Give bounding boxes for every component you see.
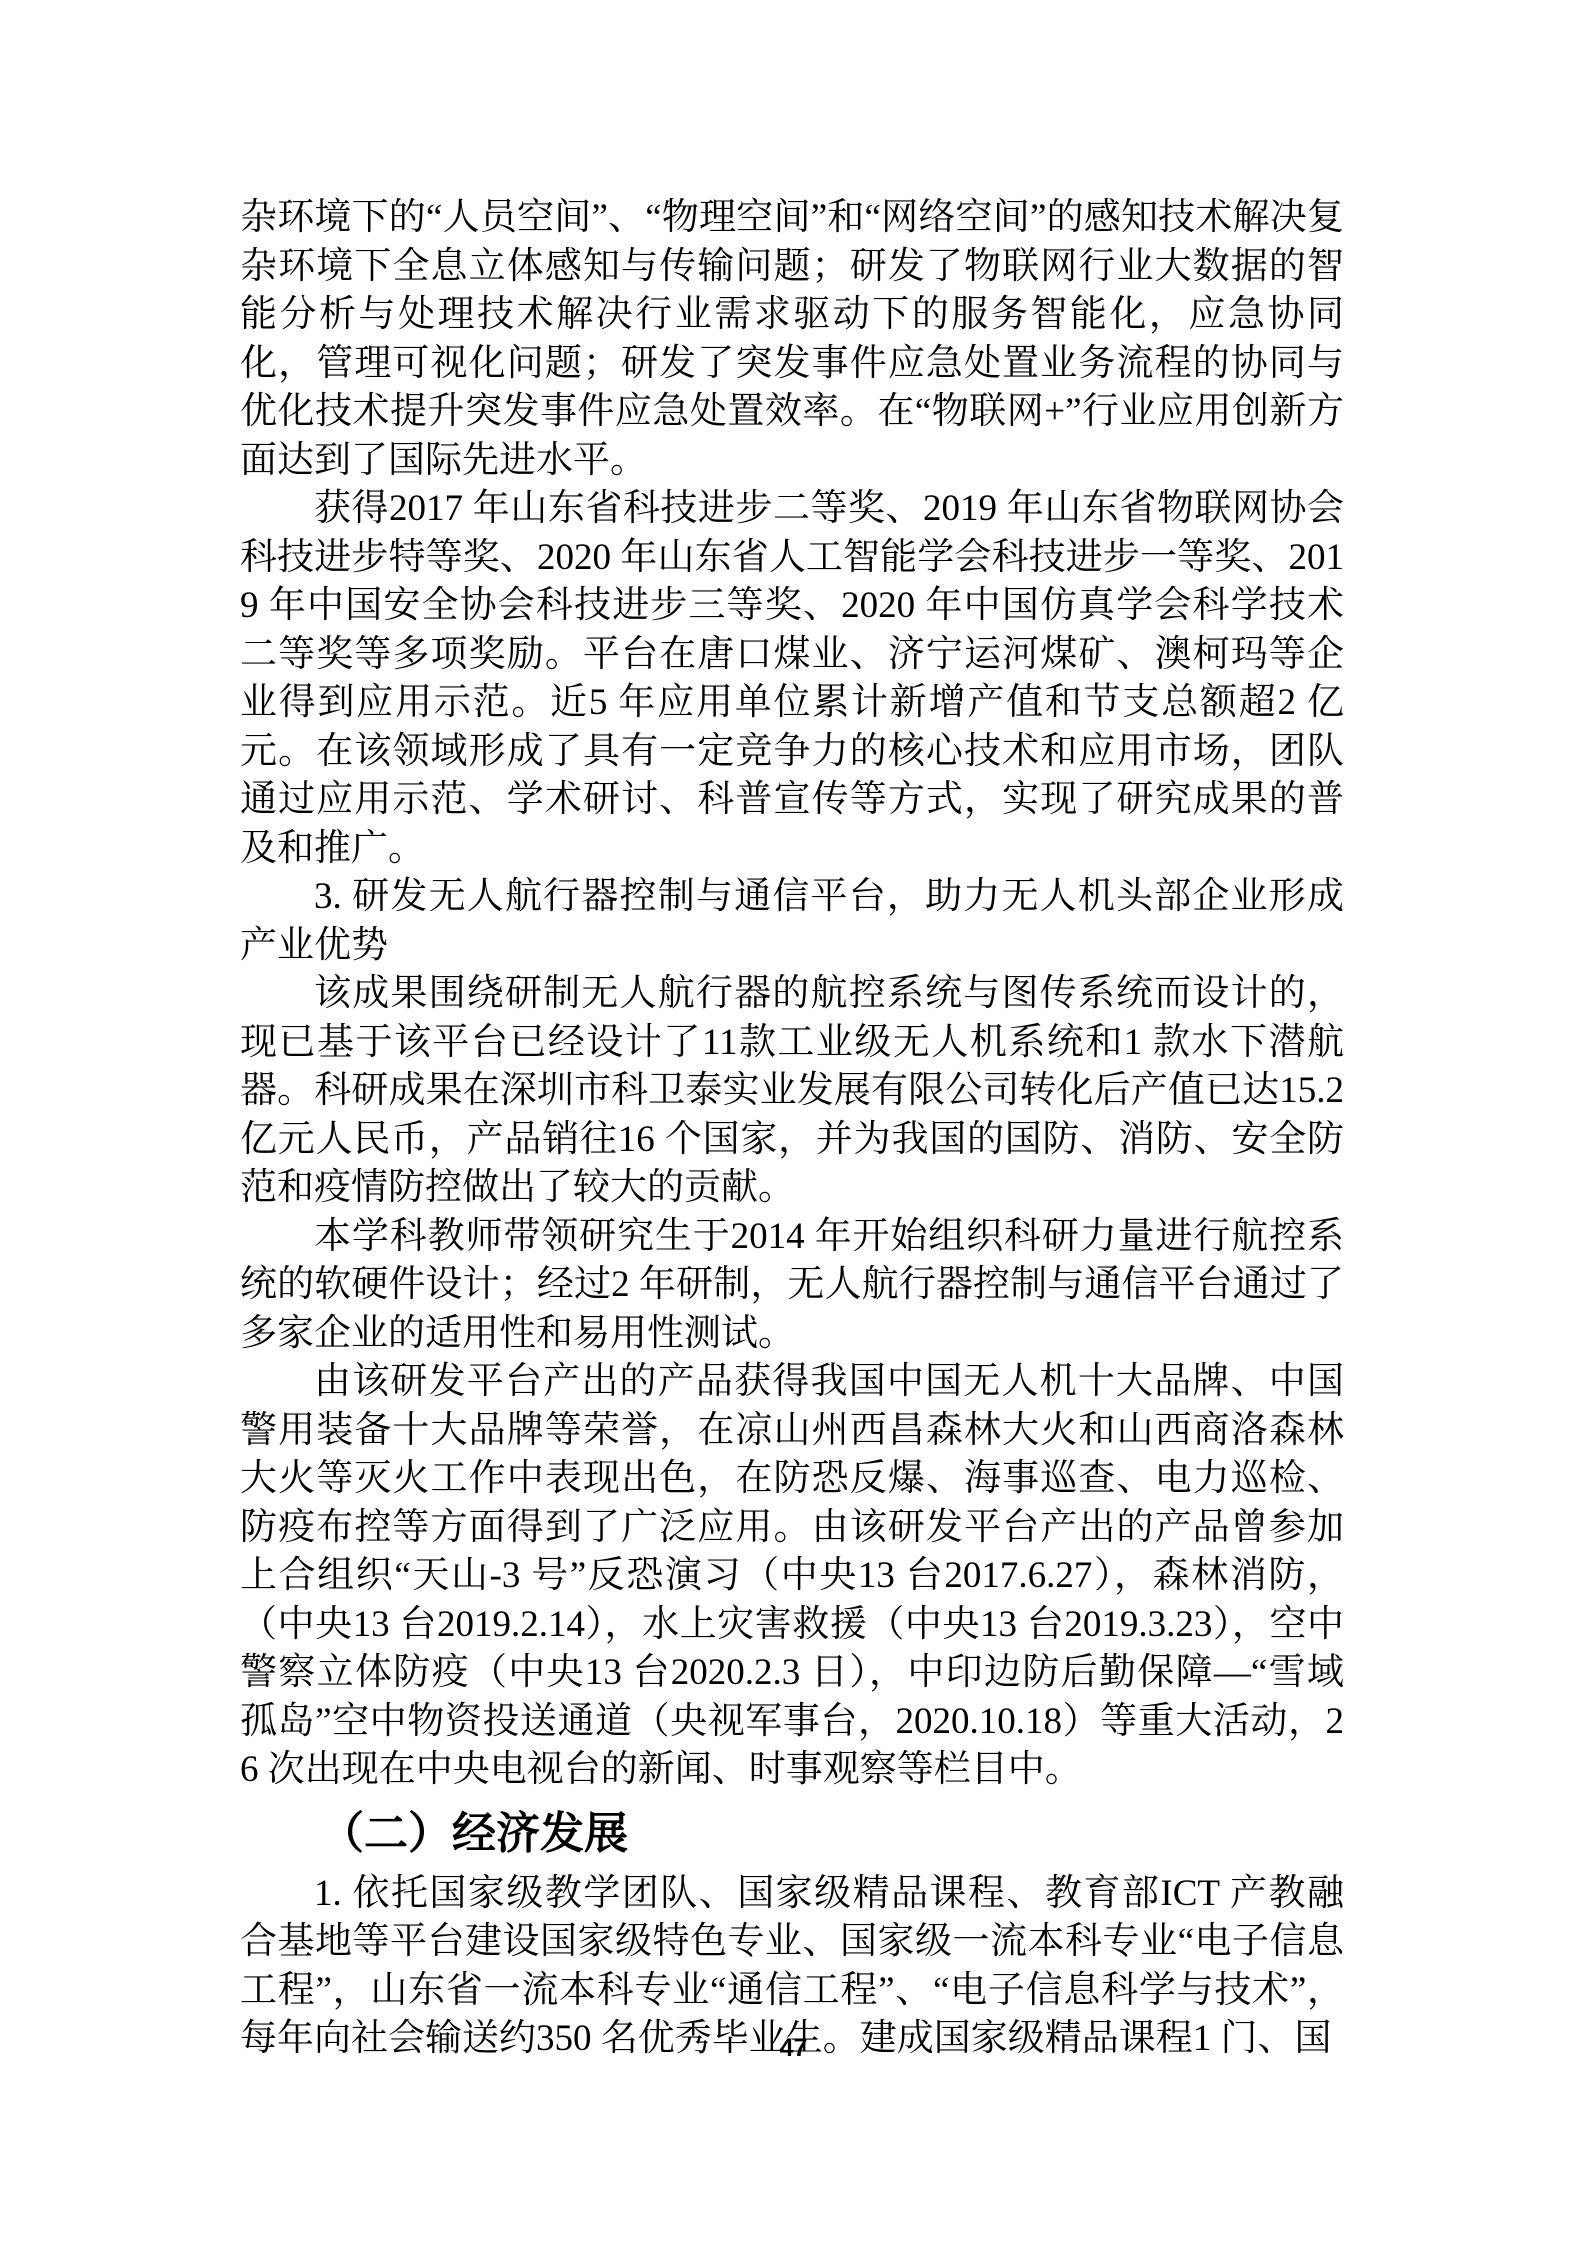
page-body-text: 杂环境下的“人员空间”、“物理空间”和“网络空间”的感知技术解决复杂环境下全息立… — [240, 194, 1344, 2064]
body-paragraph-continuation: 杂环境下的“人员空间”、“物理空间”和“网络空间”的感知技术解决复杂环境下全息立… — [240, 194, 1344, 485]
body-paragraph-research-history: 本学科教师带领研究生于2014 年开始组织科研力量进行航控系统的软硬件设计；经过… — [240, 1213, 1344, 1359]
body-paragraph-uav-results: 该成果围绕研制无人航行器的航控系统与图传系统而设计的，现已基于该平台已经设计了1… — [240, 970, 1344, 1213]
body-paragraph-product-applications: 由该研发平台产出的产品获得我国中国无人机十大品牌、中国警用装备十大品牌等荣誉，在… — [240, 1358, 1344, 1795]
body-paragraph-uav-platform-title: 3. 研发无人航行器控制与通信平台，助力无人机头部企业形成产业优势 — [240, 873, 1344, 970]
page-number: 47 — [0, 2034, 1587, 2063]
section-heading-economic-development: （二）经济发展 — [240, 1805, 1344, 1863]
body-paragraph-awards: 获得2017 年山东省科技进步二等奖、2019 年山东省物联网协会科技进步特等奖… — [240, 485, 1344, 873]
document-page: 杂环境下的“人员空间”、“物理空间”和“网络空间”的感知技术解决复杂环境下全息立… — [0, 0, 1587, 2245]
